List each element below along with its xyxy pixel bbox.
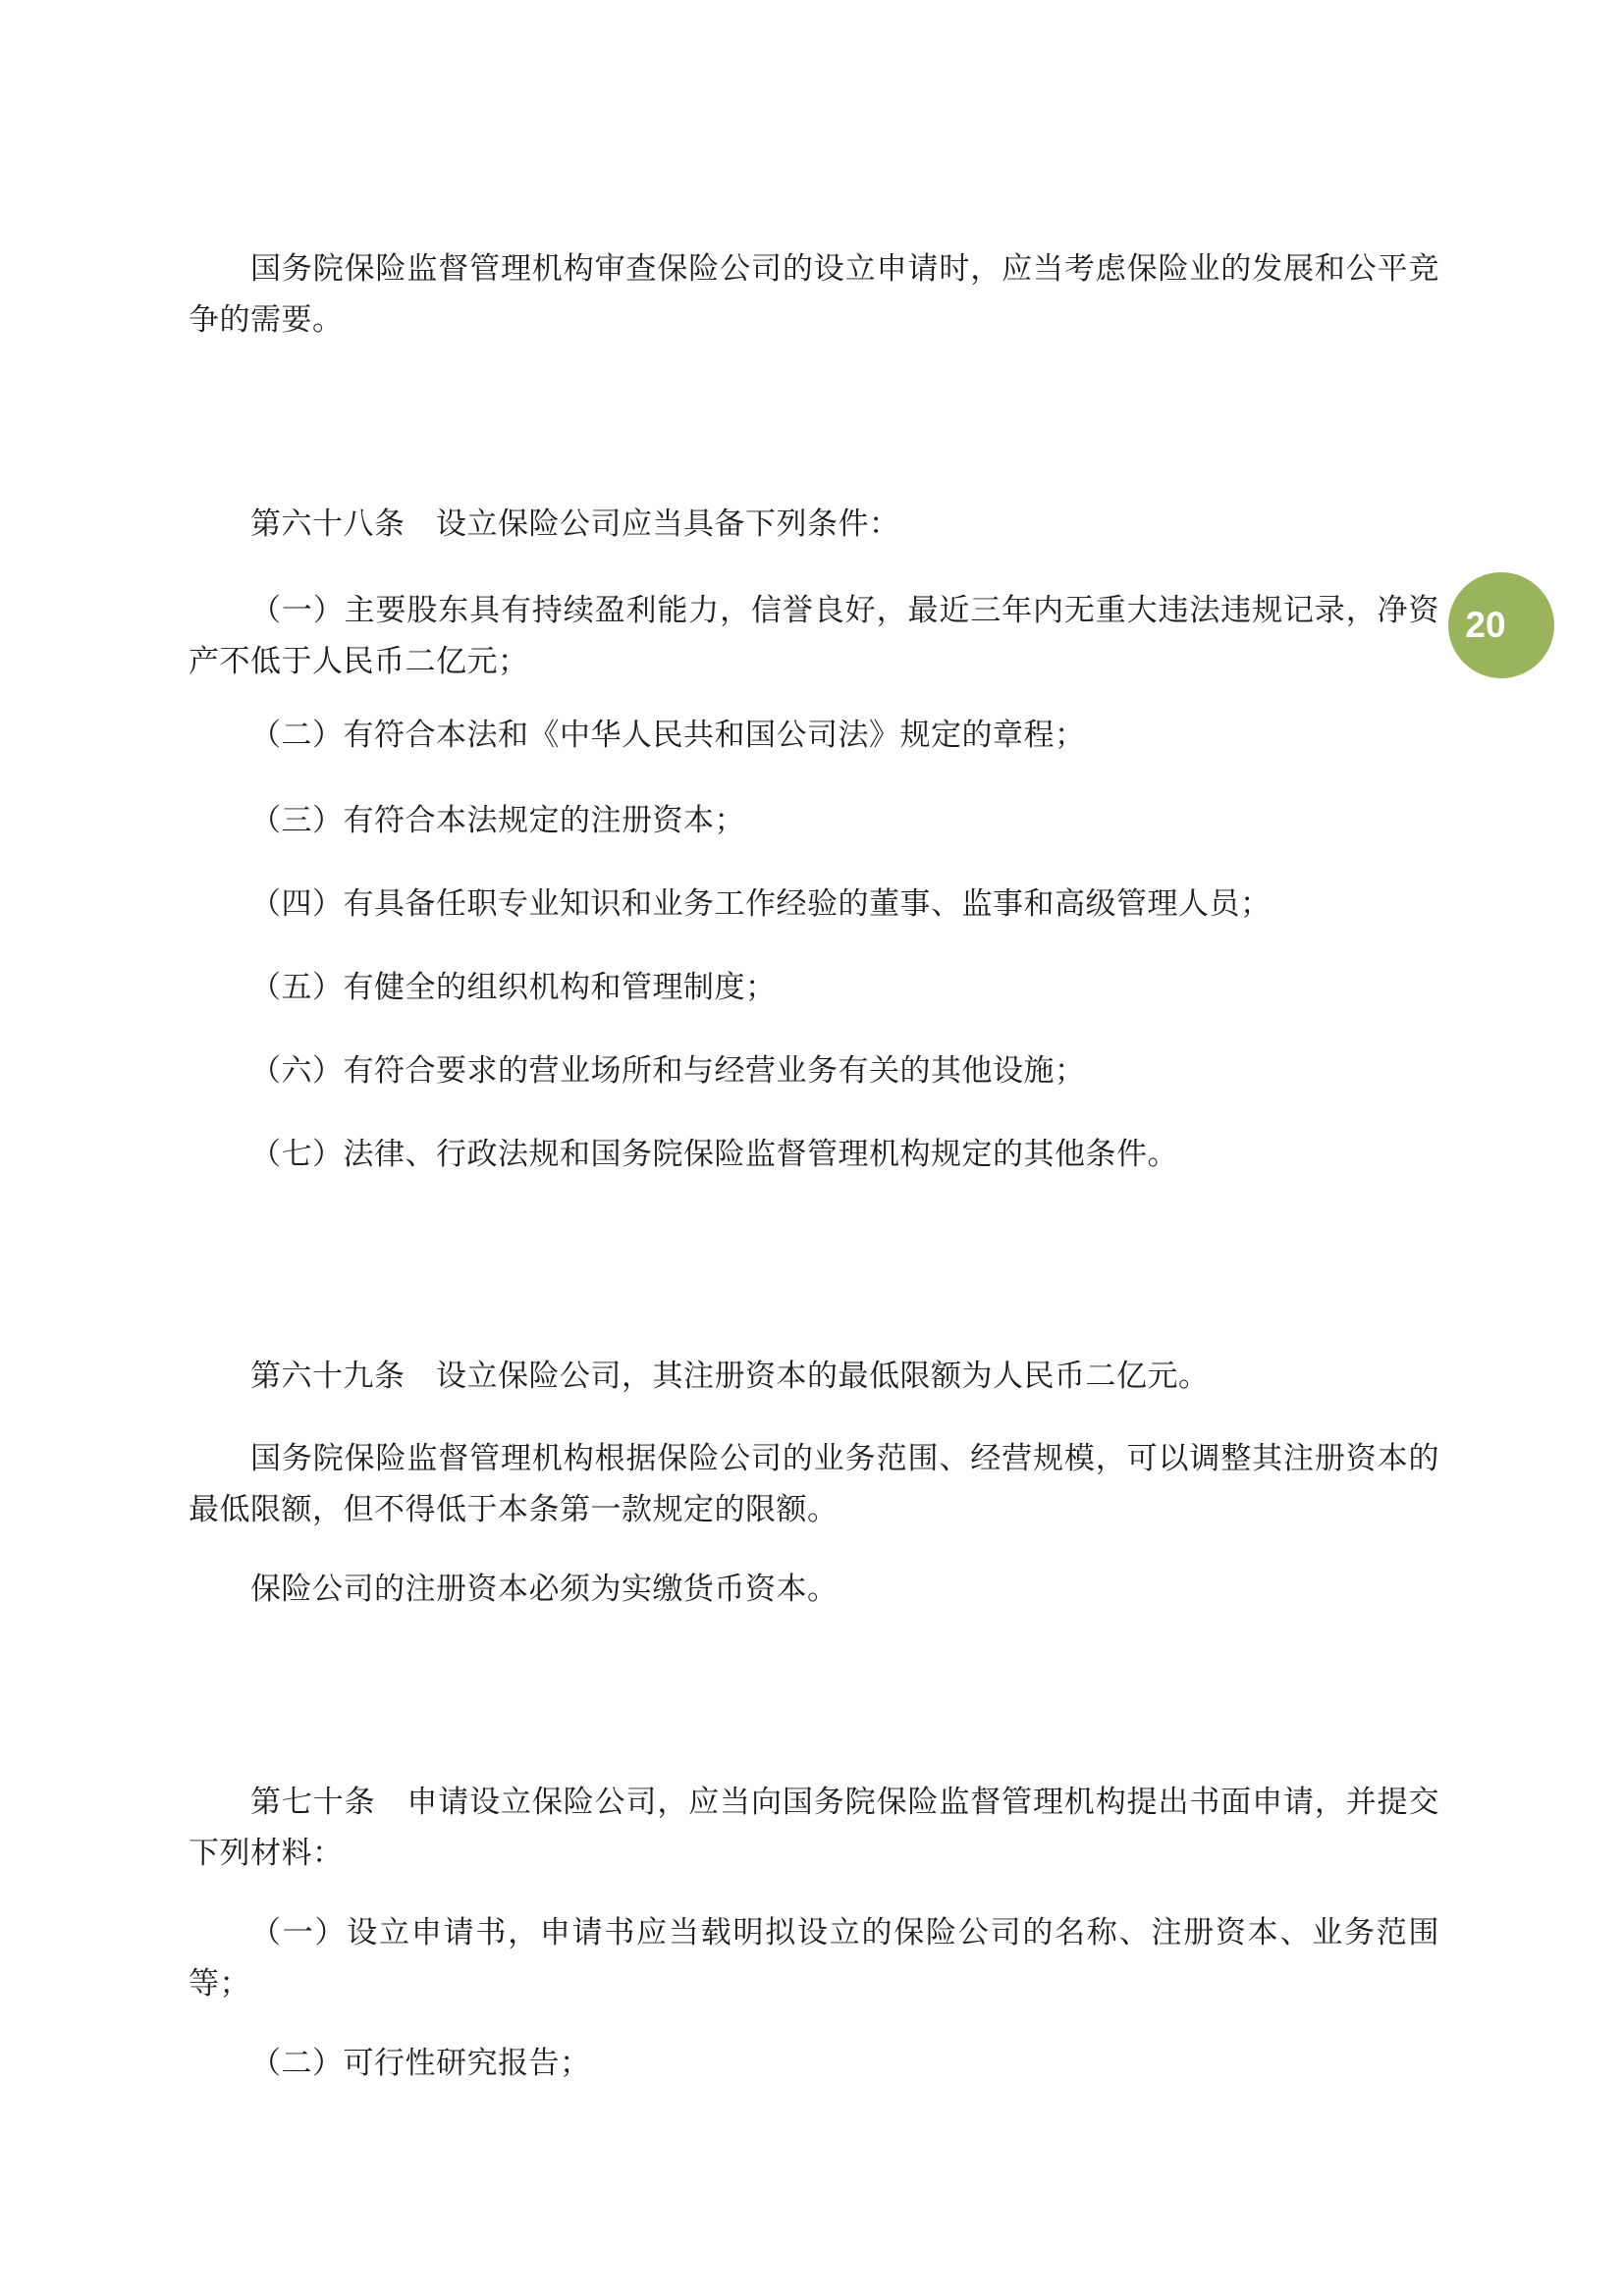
article-68-item-1: （一）主要股东具有持续盈利能力，信誉良好，最近三年内无重大违法违规记录，净资产不… <box>189 585 1439 687</box>
document-page: 20 国务院保险监督管理机构审查保险公司的设立申请时，应当考虑保险业的发展和公平… <box>0 0 1624 2296</box>
paragraph-council-review: 国务院保险监督管理机构审查保险公司的设立申请时，应当考虑保险业的发展和公平竞争的… <box>189 243 1439 346</box>
article-68-item-2: （二）有符合本法和《中华人民共和国公司法》规定的章程； <box>189 710 1439 761</box>
article-70-heading: 第七十条 申请设立保险公司，应当向国务院保险监督管理机构提出书面申请，并提交下列… <box>189 1777 1439 1879</box>
article-68-heading: 第六十八条 设立保险公司应当具备下列条件： <box>189 499 1439 550</box>
article-70-item-1: （一）设立申请书，申请书应当载明拟设立的保险公司的名称、注册资本、业务范围等； <box>189 1907 1439 2009</box>
article-69-paragraph-3: 保险公司的注册资本必须为实缴货币资本。 <box>189 1564 1439 1615</box>
article-68-item-5: （五）有健全的组织机构和管理制度； <box>189 962 1439 1013</box>
article-70-item-2: （二）可行性研究报告； <box>189 2038 1439 2089</box>
article-69-heading: 第六十九条 设立保险公司，其注册资本的最低限额为人民币二亿元。 <box>189 1351 1439 1402</box>
page-number-badge: 20 <box>1448 572 1554 678</box>
article-68-item-6: （六）有符合要求的营业场所和与经营业务有关的其他设施； <box>189 1045 1439 1096</box>
article-69-paragraph-2: 国务院保险监督管理机构根据保险公司的业务范围、经营规模，可以调整其注册资本的最低… <box>189 1433 1439 1535</box>
article-68-item-3: （三）有符合本法规定的注册资本； <box>189 795 1439 846</box>
page-number: 20 <box>1465 605 1505 646</box>
article-68-item-4: （四）有具备任职专业知识和业务工作经验的董事、监事和高级管理人员； <box>189 879 1439 930</box>
article-68-item-7: （七）法律、行政法规和国务院保险监督管理机构规定的其他条件。 <box>189 1129 1439 1180</box>
